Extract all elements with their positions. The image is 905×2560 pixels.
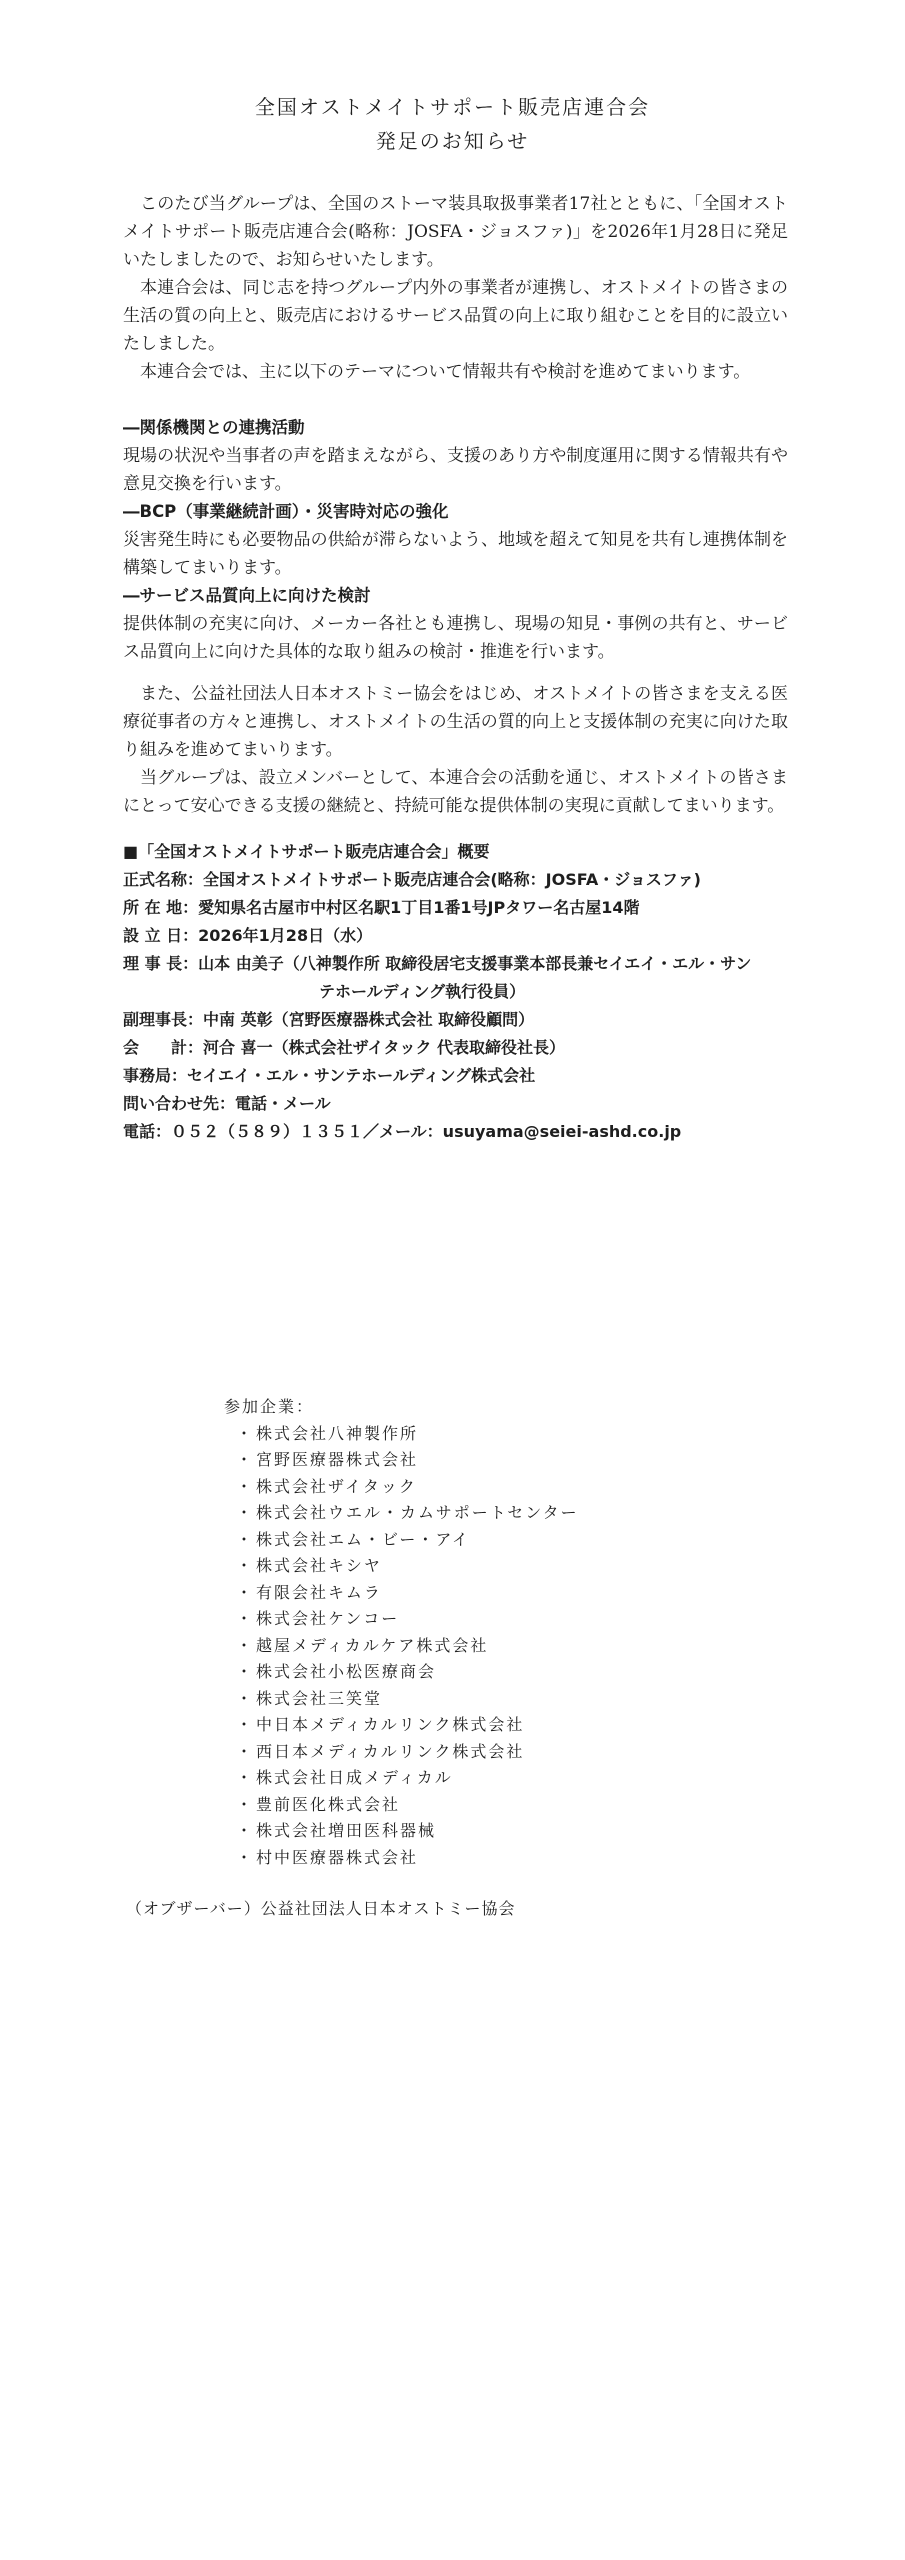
participant-company-name: 株式会社ザイタック xyxy=(256,1477,417,1496)
participant-company: ・株式会社キシヤ xyxy=(236,1553,579,1580)
overview-address: 所 在 地：愛知県名古屋市中村区名駅1丁目1番1号JPタワー名古屋14階 xyxy=(123,894,843,922)
bullet-icon: ・ xyxy=(236,1609,254,1628)
bullet-icon: ・ xyxy=(236,1530,254,1549)
bullet-icon: ・ xyxy=(236,1450,254,1469)
participant-company: ・株式会社エム・ビー・アイ xyxy=(236,1527,579,1554)
participant-company-name: 越屋メディカルケア株式会社 xyxy=(256,1636,488,1655)
participant-company: ・株式会社三笑堂 xyxy=(236,1686,579,1713)
participant-company: ・株式会社ウエル・カムサポートセンター xyxy=(236,1500,579,1527)
participant-company-name: 株式会社八神製作所 xyxy=(256,1424,418,1443)
intro-paragraph-2: 本連合会は、同じ志を持つグループ内外の事業者が連携し、オストメイトの皆さまの生活… xyxy=(123,274,788,358)
participant-company-name: 有限会社キムラ xyxy=(256,1583,382,1602)
theme-heading-liaison: ―関係機関との連携活動 xyxy=(123,414,788,442)
theme-body-bcp: 災害発生時にも必要物品の供給が滞らないよう、地域を超えて知見を共有し連携体制を構… xyxy=(123,526,788,582)
participant-company-name: 豊前医化株式会社 xyxy=(256,1795,400,1814)
participant-company: ・株式会社ザイタック xyxy=(236,1474,579,1501)
participant-company-name: 株式会社キシヤ xyxy=(256,1556,382,1575)
participant-company-name: 株式会社ケンコー xyxy=(256,1609,399,1628)
bullet-icon: ・ xyxy=(236,1768,254,1787)
bullet-icon: ・ xyxy=(236,1715,254,1734)
overview-heading: ■「全国オストメイトサポート販売店連合会」概要 xyxy=(123,838,843,866)
participant-company-name: 宮野医療器株式会社 xyxy=(256,1450,418,1469)
participant-company: ・株式会社八神製作所 xyxy=(236,1421,579,1448)
bullet-icon: ・ xyxy=(236,1821,254,1840)
bullet-icon: ・ xyxy=(236,1848,254,1867)
theme-heading-service-quality: ―サービス品質向上に向けた検討 xyxy=(123,582,788,610)
bullet-icon: ・ xyxy=(236,1556,254,1575)
participant-company-name: 株式会社三笑堂 xyxy=(256,1689,382,1708)
participants-section: 参加企業： ・株式会社八神製作所 ・宮野医療器株式会社 ・株式会社ザイタック ・… xyxy=(224,1394,579,1871)
bullet-icon: ・ xyxy=(236,1503,254,1522)
overview-vice-chairperson: 副理事長：中南 英彰（宮野医療器株式会社 取締役顧問） xyxy=(123,1006,843,1034)
participant-company: ・株式会社小松医療商会 xyxy=(236,1659,579,1686)
intro-section: このたび当グループは、全国のストーマ装具取扱事業者17社とともに、「全国オストメ… xyxy=(123,190,788,386)
closing-section: また、公益社団法人日本オストミー協会をはじめ、オストメイトの皆さまを支える医療従… xyxy=(123,680,788,820)
bullet-icon: ・ xyxy=(236,1689,254,1708)
bullet-icon: ・ xyxy=(236,1636,254,1655)
bullet-icon: ・ xyxy=(236,1424,254,1443)
participant-company: ・中日本メディカルリンク株式会社 xyxy=(236,1712,579,1739)
announcement-document-page: 全国オストメイトサポート販売店連合会 発足のお知らせ このたび当グループは、全国… xyxy=(0,0,905,2560)
participants-label: 参加企業： xyxy=(224,1394,579,1421)
participant-company: ・株式会社増田医科器械 xyxy=(236,1818,579,1845)
closing-paragraph-2: 当グループは、設立メンバーとして、本連合会の活動を通じ、オストメイトの皆さまにと… xyxy=(123,764,788,820)
overview-chairperson-continued: テホールディング執行役員） xyxy=(319,978,843,1006)
participant-company: ・豊前医化株式会社 xyxy=(236,1792,579,1819)
observer-note: （オブザーバー）公益社団法人日本オストミー協会 xyxy=(126,1896,516,1922)
participant-company: ・宮野医療器株式会社 xyxy=(236,1447,579,1474)
themes-section: ―関係機関との連携活動 現場の状況や当事者の声を踏まえながら、支援のあり方や制度… xyxy=(123,414,788,666)
bullet-icon: ・ xyxy=(236,1742,254,1761)
overview-secretariat: 事務局：セイエイ・エル・サンテホールディング株式会社 xyxy=(123,1062,843,1090)
participant-company: ・株式会社ケンコー xyxy=(236,1606,579,1633)
participant-company: ・株式会社日成メディカル xyxy=(236,1765,579,1792)
participant-company-name: 株式会社日成メディカル xyxy=(256,1768,453,1787)
overview-founding-date: 設 立 日：2026年1月28日（水） xyxy=(123,922,843,950)
participant-company: ・西日本メディカルリンク株式会社 xyxy=(236,1739,579,1766)
overview-section: ■「全国オストメイトサポート販売店連合会」概要 正式名称：全国オストメイトサポー… xyxy=(123,838,843,1146)
bullet-icon: ・ xyxy=(236,1662,254,1681)
bullet-icon: ・ xyxy=(236,1795,254,1814)
bullet-icon: ・ xyxy=(236,1477,254,1496)
participant-company-name: 株式会社小松医療商会 xyxy=(256,1662,436,1681)
document-title-line1: 全国オストメイトサポート販売店連合会 xyxy=(0,90,905,124)
intro-paragraph-1: このたび当グループは、全国のストーマ装具取扱事業者17社とともに、「全国オストメ… xyxy=(123,190,788,274)
participant-company-name: 株式会社ウエル・カムサポートセンター xyxy=(256,1503,579,1522)
closing-paragraph-1: また、公益社団法人日本オストミー協会をはじめ、オストメイトの皆さまを支える医療従… xyxy=(123,680,788,764)
overview-contact-method: 問い合わせ先：電話・メール xyxy=(123,1090,843,1118)
overview-chairperson: 理 事 長：山本 由美子（八神製作所 取締役居宅支援事業本部長兼セイエイ・エル・… xyxy=(123,950,843,978)
participant-company-name: 西日本メディカルリンク株式会社 xyxy=(256,1742,524,1761)
theme-heading-bcp: ―BCP（事業継続計画）・災害時対応の強化 xyxy=(123,498,788,526)
participant-company: ・村中医療器株式会社 xyxy=(236,1845,579,1872)
participant-company-name: 株式会社エム・ビー・アイ xyxy=(256,1530,470,1549)
theme-body-service-quality: 提供体制の充実に向け、メーカー各社とも連携し、現場の知見・事例の共有と、サービス… xyxy=(123,610,788,666)
overview-accountant: 会 計：河合 喜一（株式会社ザイタック 代表取締役社長） xyxy=(123,1034,843,1062)
overview-official-name: 正式名称：全国オストメイトサポート販売店連合会(略称：JOSFA・ジョスファ) xyxy=(123,866,843,894)
intro-paragraph-3: 本連合会では、主に以下のテーマについて情報共有や検討を進めてまいります。 xyxy=(123,358,788,386)
participant-company-name: 中日本メディカルリンク株式会社 xyxy=(256,1715,524,1734)
participant-company-name: 村中医療器株式会社 xyxy=(256,1848,418,1867)
bullet-icon: ・ xyxy=(236,1583,254,1602)
theme-body-liaison: 現場の状況や当事者の声を踏まえながら、支援のあり方や制度運用に関する情報共有や意… xyxy=(123,442,788,498)
document-title-line2: 発足のお知らせ xyxy=(0,124,905,158)
participant-company: ・有限会社キムラ xyxy=(236,1580,579,1607)
document-title: 全国オストメイトサポート販売店連合会 発足のお知らせ xyxy=(0,90,905,158)
participant-company: ・越屋メディカルケア株式会社 xyxy=(236,1633,579,1660)
participant-company-name: 株式会社増田医科器械 xyxy=(256,1821,436,1840)
overview-phone-email: 電話：０５２（５８９）１３５１／メール：usuyama@seiei-ashd.c… xyxy=(123,1118,843,1146)
